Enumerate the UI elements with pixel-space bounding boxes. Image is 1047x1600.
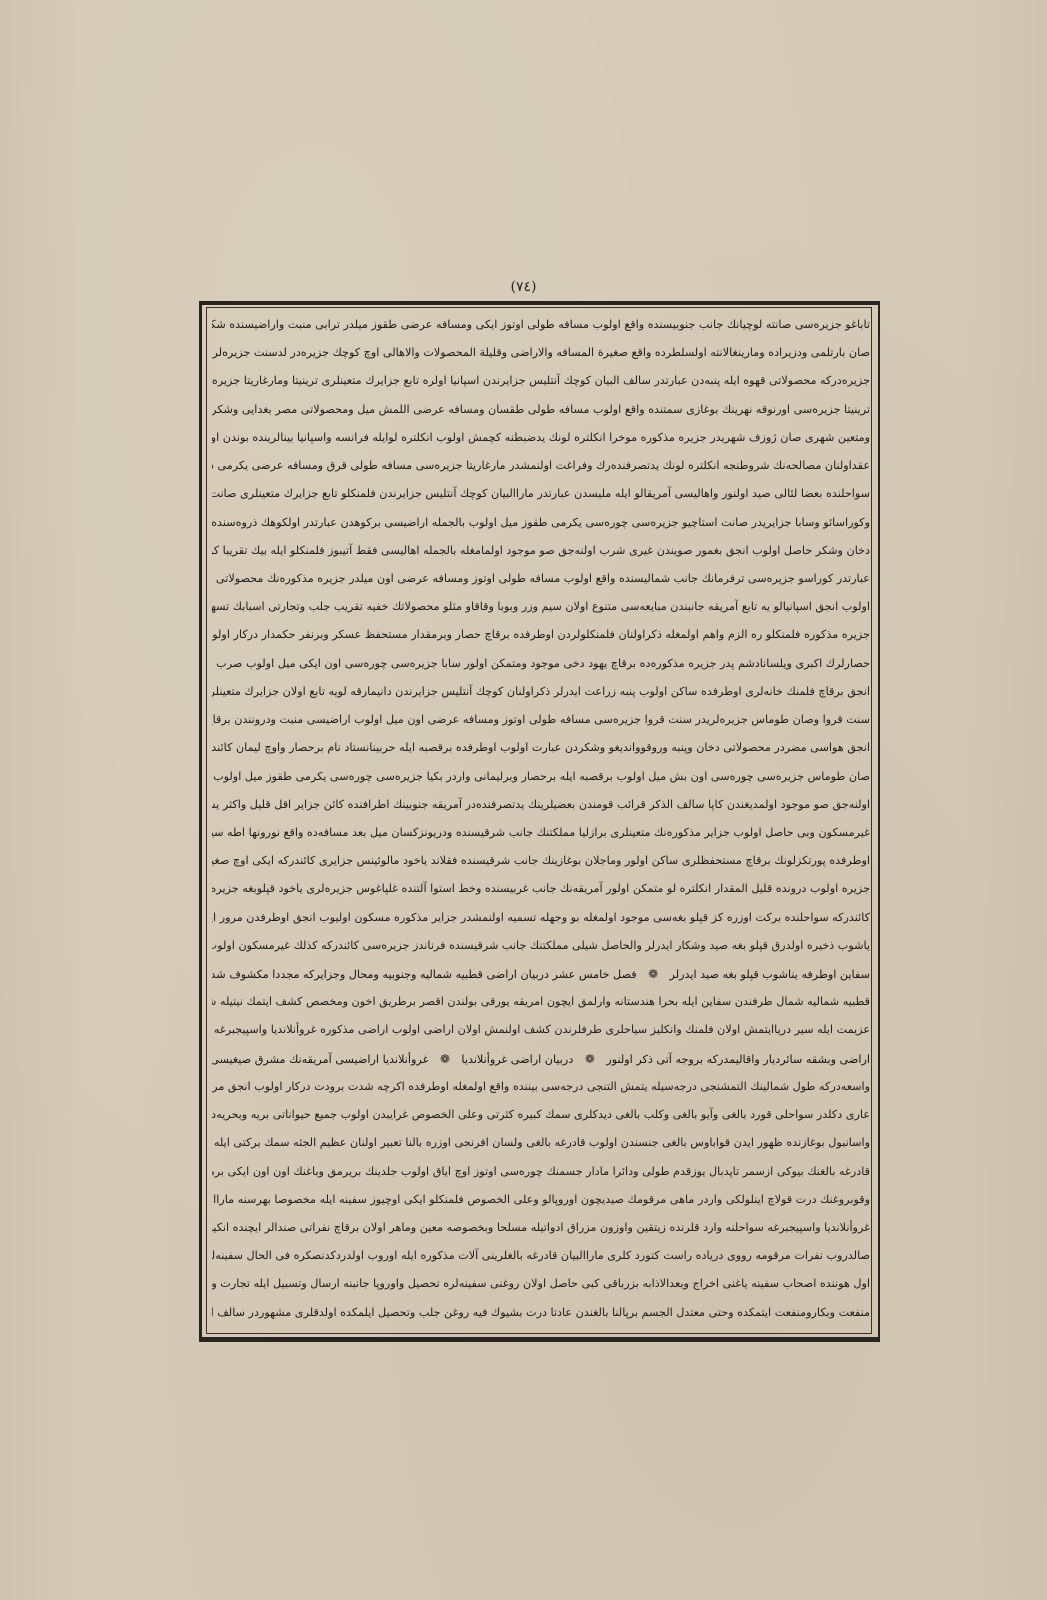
text-line: انجق برقاچ فلمنك خانه‌لری اوطرفده ساکن ا… — [212, 679, 870, 705]
text-line: غیرمسکون وبی حاصل اولوب جزایر مذکوره‌نك … — [212, 820, 870, 846]
text-line: ترینیتا جزیره‌سی اورنوقه نهرینك بوغازی س… — [212, 397, 870, 423]
text-line: عاری دکلدر سواحلی قورد بالغی وآیو بالغی … — [212, 1102, 870, 1128]
text-line: جزیره مذکوره فلمنکلو ره الزم واهم اولمغل… — [212, 622, 870, 648]
text-line: دخان وشکر حاصل اولوب انجق بغمور صویندن غ… — [212, 538, 870, 564]
subheading-preceding-text: اراضی وبشقه سائردیار واقالیمدرکه بروجه آ… — [606, 1053, 870, 1066]
text-line: جزیره اولوب درونده قلیل المقدار انکلتره … — [212, 876, 870, 902]
text-line: عقداولنان مصالحه‌نك شروطنجه انکلتره لونك… — [212, 453, 870, 479]
text-line: واسعه‌درکه طول شمالینك التمشنجی درجه‌سیل… — [212, 1074, 870, 1100]
subheading-title: دربیان اراضی غروأنلاندیا — [461, 1053, 573, 1066]
text-line: انجق هواسی مضردر محصولاتی دخان وپنبه ورو… — [212, 735, 870, 761]
text-line: صان بارتلمی ودزیراده ومارینغالانته اولسل… — [212, 340, 870, 366]
text-line: غروأنلاندیا واسپیجبرغه سواحلنه وارد قلرن… — [212, 1215, 870, 1241]
text-line: عزیمت ایله سیر دریاایتمش اولان فلمنك وان… — [212, 1017, 870, 1043]
page-number: (٧٤) — [0, 279, 1047, 295]
ornament-flower-icon: ❁ — [440, 1046, 450, 1072]
text-line: تاباغو جزیره‌سی صانته لوچیانك جانب جنوبی… — [212, 312, 870, 338]
text-line: وقوبروغنك درت قولاچ اینلولکی واردر ماهی … — [212, 1187, 870, 1213]
text-line: صالدروب نفرات مرقومه رووی دریاده راست کت… — [212, 1243, 870, 1269]
ornament-flower-icon: ❁ — [585, 1046, 595, 1072]
subheading-following-text: غروأنلاندیا اراضیسی آمریقه‌نك مشرق صیغیس… — [212, 1053, 428, 1066]
body-text-block: تاباغو جزیره‌سی صانته لوچیانك جانب جنوبی… — [212, 312, 870, 1326]
ornament-flower-icon: ❁ — [648, 961, 658, 987]
text-line: عبارتدر کوراسو جزیره‌سی ترفرمانك جانب شم… — [212, 566, 870, 592]
text-line: سواحلنده بعضا لئالی صید اولنور واهالیسی … — [212, 481, 870, 507]
text-line-last: منفعت وبکارومنفعت ایتمکده وحتی معتدل الج… — [212, 1300, 870, 1326]
section-heading-title: فصل خامس عشر دربیان اراضی قطبیه شمالیه و… — [212, 968, 637, 981]
text-line: یاشوب ذخیره اولدرق قپلو بغه صید وشکار ای… — [212, 933, 870, 959]
text-line: حصارلرك اکبری ویلسانادشم پدر جزیره مذکور… — [212, 651, 870, 677]
text-line: قطبیه شمالیه شمال طرفندن سفاین ایله بحرا… — [212, 989, 870, 1015]
text-line: واسانبول بوغازنده ظهور ایدن قواباوس بالغ… — [212, 1130, 870, 1156]
text-line: اول هوننده اصحاب سفینه یاغنی اخراج وبعدا… — [212, 1271, 870, 1297]
text-line: اوطرفده پورتکزلونك برقاچ مستحفظلری ساکن … — [212, 848, 870, 874]
text-line: وکوراسائو وسابا جزایریدر صانت استاچیو جز… — [212, 510, 870, 536]
text-line: ومتعین شهری صان ژوزف شهریدر جزیره مذکوره… — [212, 425, 870, 451]
text-line: صان طوماس جزیره‌سی چوره‌سی اون بش میل او… — [212, 764, 870, 790]
text-line: اولوب انجق اسپانیالو یه تابع آمریقه جانب… — [212, 594, 870, 620]
text-line: کائندرکه سواحلنده برکت اوزره کز قپلو بغه… — [212, 905, 870, 931]
text-line: جزیره‌درکه محصولاتی قهوه ایله پنبه‌دن عب… — [212, 368, 870, 394]
text-line: اولنه‌جق صو موجود اولمدیغندن کاپا سالف ا… — [212, 792, 870, 818]
section-heading-line: سفاین اوطرفه یناشوب قپلو بغه صید ایدرلر … — [212, 961, 870, 987]
text-line: قادرغه بالغنك بیوکی ازسمر تاپدبال یوزقدم… — [212, 1159, 870, 1185]
subheading-line: اراضی وبشقه سائردیار واقالیمدرکه بروجه آ… — [212, 1046, 870, 1072]
text-line: سنت قروا وصان طوماس جزیره‌لریدر سنت قروا… — [212, 707, 870, 733]
section-heading-preceding-text: سفاین اوطرفه یناشوب قپلو بغه صید ایدرلر — [670, 968, 870, 981]
